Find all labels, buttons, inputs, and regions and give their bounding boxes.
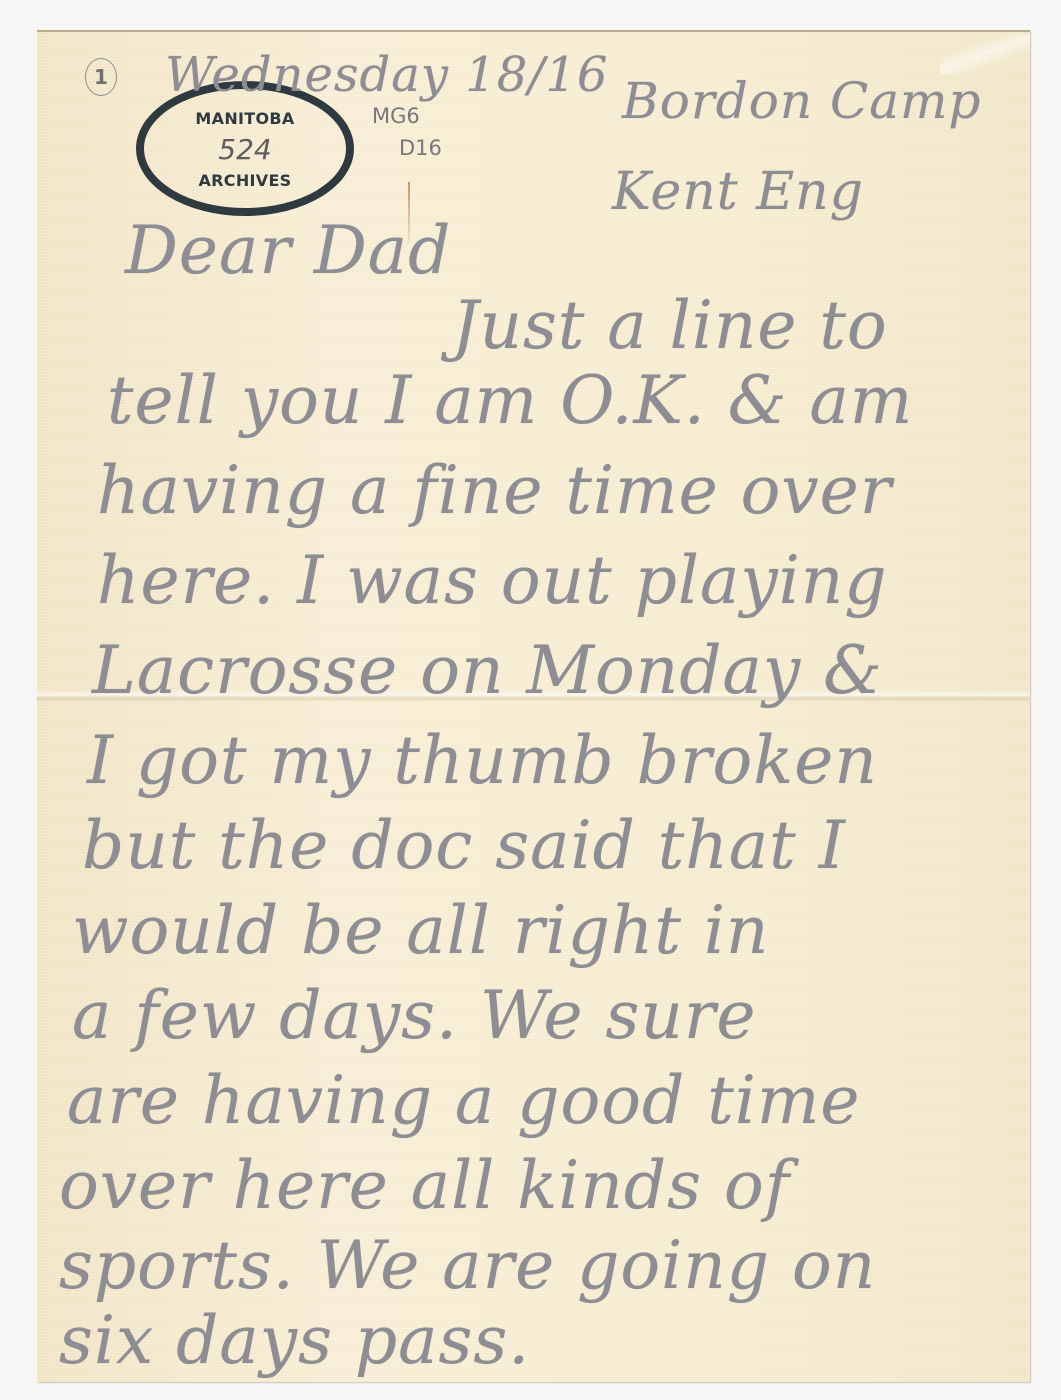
body-line: Just a line to — [452, 287, 888, 364]
stamp-top-text: MANITOBA — [144, 109, 346, 128]
stamp-bottom-text: ARCHIVES — [144, 171, 346, 190]
body-line: I got my thumb broken — [87, 722, 878, 799]
body-line: here. I was out playing — [97, 542, 887, 619]
letter-date: Wednesday 18/16 — [165, 47, 609, 103]
body-line: having a fine time over — [97, 452, 892, 529]
body-line: would be all right in — [72, 892, 769, 969]
body-line: over here all kinds of — [59, 1147, 790, 1224]
corner-crease — [940, 34, 1030, 74]
body-line: six days pass. — [59, 1302, 530, 1379]
body-line: Lacrosse on Monday & — [92, 632, 883, 709]
letter-page: 1 MANITOBA 524 ARCHIVES MG6 D16 Wednesda… — [37, 30, 1030, 1382]
salutation: Dear Dad — [125, 212, 451, 289]
body-line: are having a good time — [67, 1062, 860, 1139]
body-line: tell you I am O.K. & am — [107, 362, 913, 439]
body-line: but the doc said that I — [82, 807, 846, 884]
letter-place-line2: Kent Eng — [612, 162, 864, 222]
page-number-circle: 1 — [85, 58, 117, 96]
body-line: a few days. We sure — [72, 977, 756, 1054]
page-number: 1 — [94, 65, 108, 89]
stamp-number: 524 — [144, 133, 346, 166]
letter-place-line1: Bordon Camp — [622, 72, 981, 130]
body-line: sports. We are going on — [59, 1227, 876, 1304]
call-number-line1: MG6 — [372, 104, 420, 128]
call-number-line2: D16 — [399, 136, 442, 160]
